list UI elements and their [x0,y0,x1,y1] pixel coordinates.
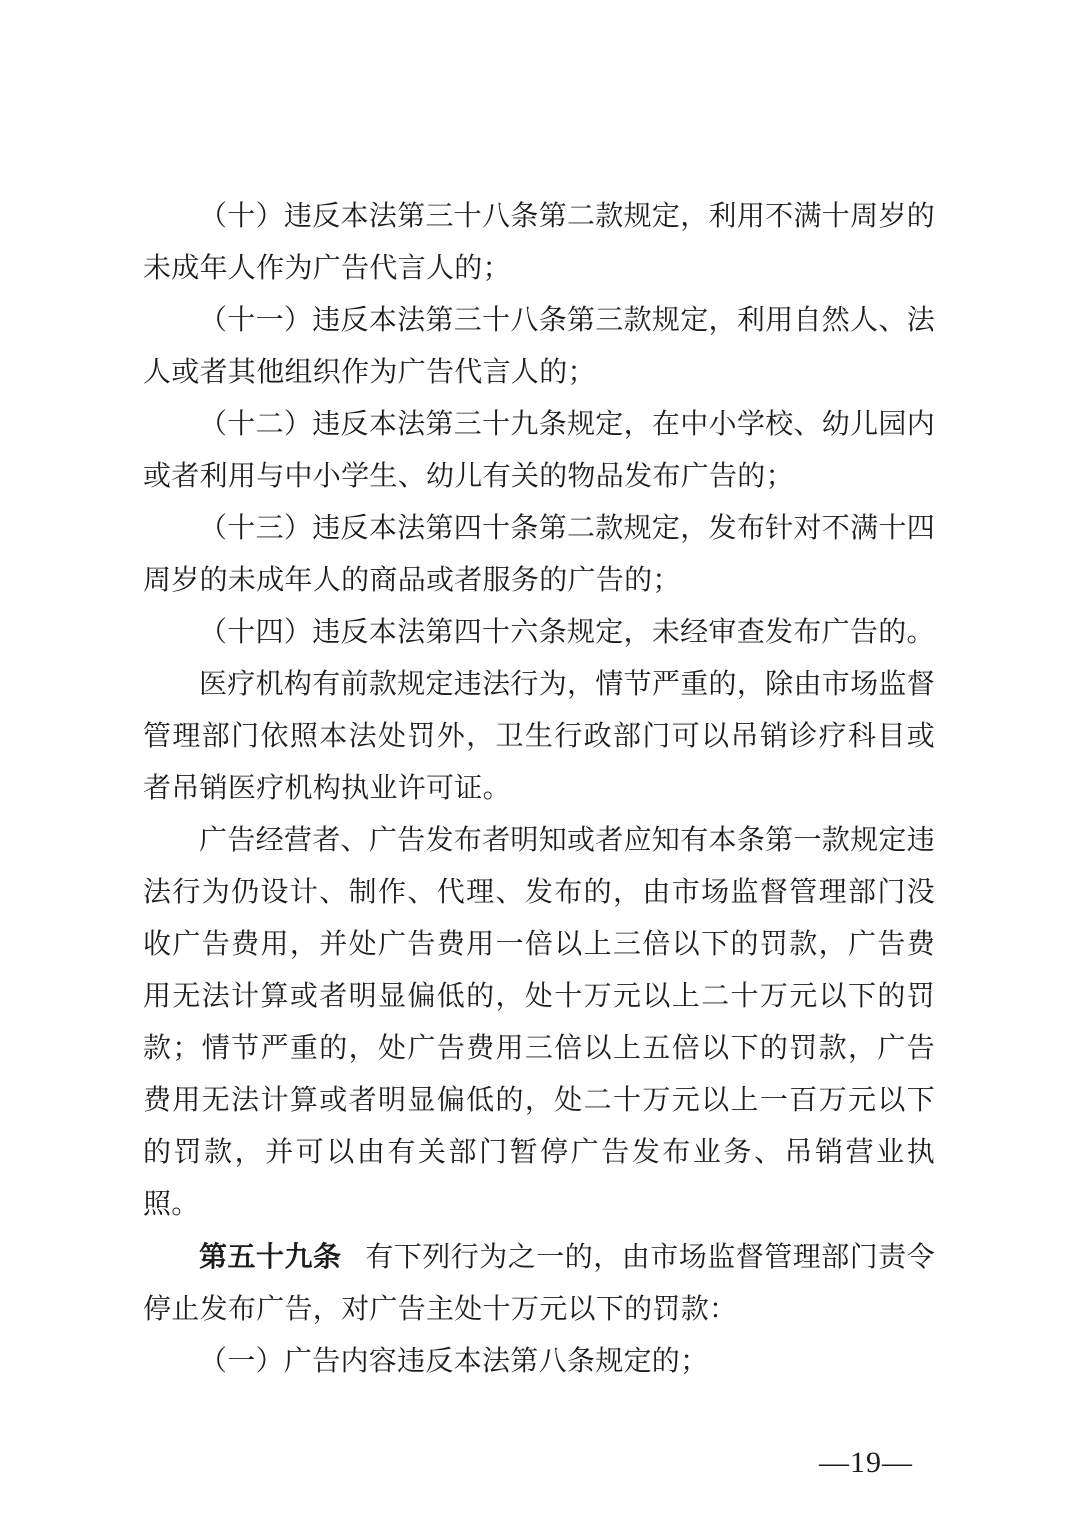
paragraph-article-59: 第五十九条有下列行为之一的，由市场监督管理部门责令停止发布广告，对广告主处十万元… [143,1231,935,1336]
document-body: （十）违反本法第三十八条第二款规定，利用不满十周岁的未成年人作为广告代言人的； … [143,191,935,1388]
page-number: —19— [819,1446,913,1480]
document-page: （十）违反本法第三十八条第二款规定，利用不满十周岁的未成年人作为广告代言人的； … [0,0,1074,1520]
paragraph-item-12: （十二）违反本法第三十九条规定，在中小学校、幼儿园内或者利用与中小学生、幼儿有关… [143,399,935,503]
paragraph-item-11: （十一）违反本法第三十八条第三款规定，利用自然人、法人或者其他组织作为广告代言人… [143,295,935,399]
paragraph-item-10: （十）违反本法第三十八条第二款规定，利用不满十周岁的未成年人作为广告代言人的； [143,191,935,295]
paragraph-operator-publisher-penalty: 广告经营者、广告发布者明知或者应知有本条第一款规定违法行为仍设计、制作、代理、发… [143,815,935,1231]
paragraph-item-14: （十四）违反本法第四十六条规定，未经审查发布广告的。 [143,607,935,659]
paragraph-item-13: （十三）违反本法第四十条第二款规定，发布针对不满十四周岁的未成年人的商品或者服务… [143,503,935,607]
paragraph-item-1: （一）广告内容违反本法第八条规定的； [143,1336,935,1388]
article-59-number: 第五十九条 [199,1241,341,1272]
paragraph-medical-penalty: 医疗机构有前款规定违法行为，情节严重的，除由市场监督管理部门依照本法处罚外，卫生… [143,659,935,815]
